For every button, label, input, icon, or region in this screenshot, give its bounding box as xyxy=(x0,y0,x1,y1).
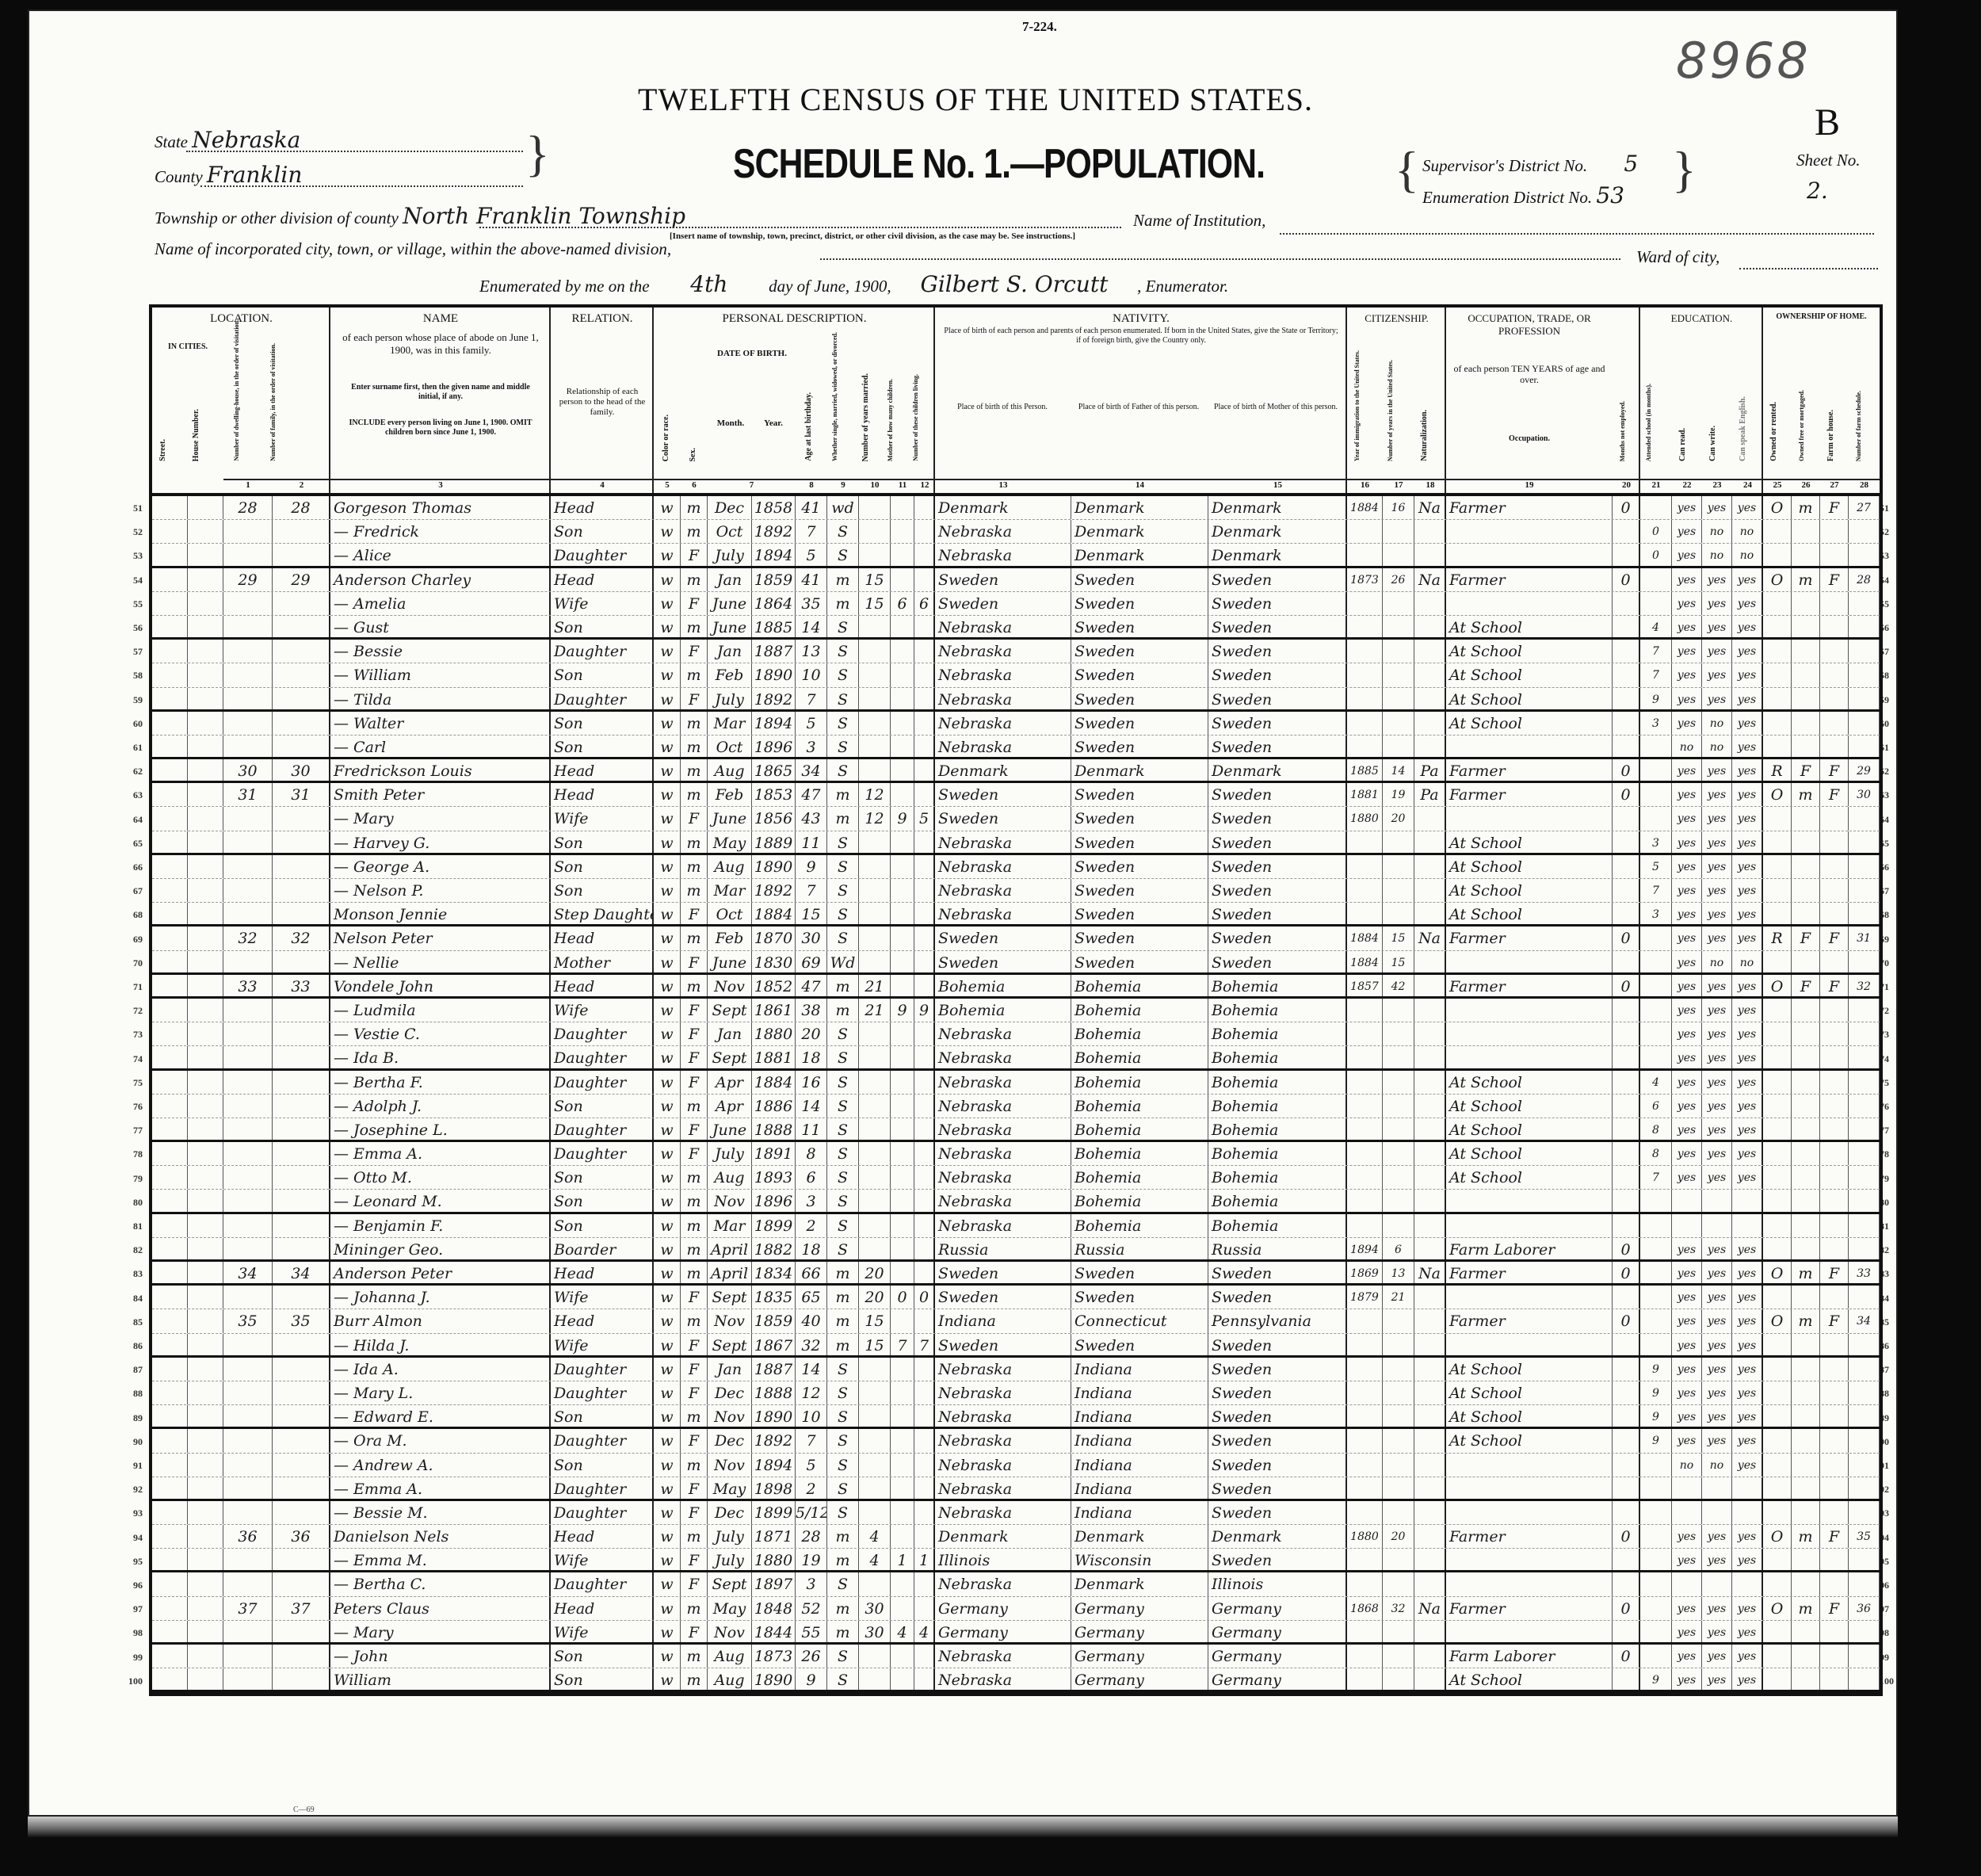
table-row: 3333Vondele JohnHeadwmNov185247m21Bohemi… xyxy=(152,975,1880,999)
cell-yrs-us xyxy=(1383,1071,1414,1094)
cell-year: 1861 xyxy=(752,999,796,1022)
cell-relation: Daughter xyxy=(551,1358,654,1381)
township-label: Township or other division of county Nor… xyxy=(155,203,685,229)
cell-school: 9 xyxy=(1640,1381,1672,1404)
cell-year: 1892 xyxy=(752,879,796,902)
cell-read: yes xyxy=(1672,1525,1702,1548)
cell-read: yes xyxy=(1672,663,1702,686)
cell-relation: Daughter xyxy=(551,1071,654,1094)
cell-age: 66 xyxy=(796,1262,827,1283)
table-row: 3232Nelson PeterHeadwmFeb187030SSwedenSw… xyxy=(152,927,1880,950)
cell-mother-of xyxy=(891,688,914,709)
cell-unemp xyxy=(1613,1142,1640,1165)
cell-house xyxy=(188,1668,223,1690)
cell-unemp xyxy=(1613,616,1640,637)
cell-own xyxy=(1763,544,1792,565)
cell-marital: m xyxy=(827,1621,859,1642)
cell-color: w xyxy=(654,568,681,591)
cell-unemp: 0 xyxy=(1613,1309,1640,1332)
cell-yrs-married: 20 xyxy=(859,1262,891,1283)
cell-free xyxy=(1792,1549,1820,1570)
cell-sex: m xyxy=(681,1166,708,1189)
cell-unemp xyxy=(1613,1071,1640,1094)
cell-year: 1881 xyxy=(752,1046,796,1068)
cell-age: 11 xyxy=(796,831,827,853)
cell-birth: Nebraska xyxy=(935,1046,1071,1068)
cell-nat xyxy=(1414,1549,1446,1570)
table-row: — Mary L.DaughterwFDec188812SNebraskaInd… xyxy=(152,1381,1880,1405)
cell-occupation: Farmer xyxy=(1446,1525,1613,1548)
cell-dwelling: 32 xyxy=(223,927,273,949)
column-number: 12 xyxy=(914,479,935,490)
cell-dwelling xyxy=(223,1095,273,1118)
cell-unemp xyxy=(1613,688,1640,709)
cell-nat xyxy=(1414,807,1446,830)
cell-free xyxy=(1792,1668,1820,1690)
cell-age: 11 xyxy=(796,1118,827,1140)
cell-mother: Illinois xyxy=(1208,1572,1347,1595)
cell-relation: Daughter xyxy=(551,1381,654,1404)
cell-dwelling xyxy=(223,1358,273,1381)
cell-own xyxy=(1763,1118,1792,1140)
cell-farm xyxy=(1820,1142,1849,1165)
cell-living xyxy=(914,855,935,878)
cell-nat xyxy=(1414,592,1446,615)
cell-dwelling xyxy=(223,712,273,735)
cell-write: yes xyxy=(1702,496,1732,519)
cell-family xyxy=(273,640,330,663)
cell-street xyxy=(152,1286,188,1309)
cell-name: — Walter xyxy=(330,712,551,735)
cell-year: 1897 xyxy=(752,1572,796,1595)
cell-mother-of xyxy=(891,568,914,591)
stamp-number: 8968 xyxy=(1676,32,1811,90)
cell-relation: Head xyxy=(551,783,654,806)
cell-living xyxy=(914,1022,935,1045)
cell-living xyxy=(914,831,935,853)
table-row: — Andrew A.SonwmNov18945SNebraskaIndiana… xyxy=(152,1454,1880,1477)
enumerated-day: 4th xyxy=(654,271,765,297)
cell-sex: m xyxy=(681,927,708,949)
cell-sched: 29 xyxy=(1849,759,1880,781)
cell-yrs-married: 20 xyxy=(859,1286,891,1309)
cell-occupation xyxy=(1446,735,1613,757)
cell-month: Dec xyxy=(708,1501,752,1524)
cell-own xyxy=(1763,1214,1792,1237)
cell-marital: S xyxy=(827,1046,859,1068)
cell-name: — Vestie C. xyxy=(330,1022,551,1045)
cell-living xyxy=(914,496,935,519)
cell-free xyxy=(1792,1405,1820,1427)
cell-english: yes xyxy=(1732,807,1763,830)
cell-family xyxy=(273,712,330,735)
cell-sched xyxy=(1849,663,1880,686)
cell-father: Denmark xyxy=(1071,520,1208,543)
cell-house xyxy=(188,927,223,949)
cell-unemp xyxy=(1613,1668,1640,1690)
cell-birth: Nebraska xyxy=(935,1022,1071,1045)
cell-nat: Na xyxy=(1414,1262,1446,1283)
cell-yrs-us xyxy=(1383,1358,1414,1381)
cell-nat xyxy=(1414,1572,1446,1595)
cell-color: w xyxy=(654,592,681,615)
line-number: 62 xyxy=(119,766,143,778)
cell-living xyxy=(914,1190,935,1211)
cell-farm xyxy=(1820,1358,1849,1381)
cell-house xyxy=(188,663,223,686)
cell-mother-of xyxy=(891,1405,914,1427)
cell-father: Bohemia xyxy=(1071,975,1208,996)
cell-free: F xyxy=(1792,975,1820,996)
cell-nat xyxy=(1414,544,1446,565)
cell-yrs-us: 14 xyxy=(1383,759,1414,781)
cell-occupation: At School xyxy=(1446,712,1613,735)
cell-write: yes xyxy=(1702,688,1732,709)
cell-living xyxy=(914,616,935,637)
cell-free: m xyxy=(1792,1597,1820,1620)
cell-age: 40 xyxy=(796,1309,827,1332)
cell-street xyxy=(152,1549,188,1570)
cell-street xyxy=(152,1238,188,1259)
table-row: — Otto M.SonwmAug18936SNebraskaBohemiaBo… xyxy=(152,1166,1880,1190)
cell-age: 8 xyxy=(796,1142,827,1165)
cell-mother: Sweden xyxy=(1208,831,1347,853)
cell-english: no xyxy=(1732,951,1763,972)
cell-immig xyxy=(1347,1046,1383,1068)
cell-year: 1890 xyxy=(752,855,796,878)
cell-immig xyxy=(1347,1071,1383,1094)
cell-yrs-us: 16 xyxy=(1383,496,1414,519)
cell-write: yes xyxy=(1702,1046,1732,1068)
cell-house xyxy=(188,759,223,781)
cell-school xyxy=(1640,1286,1672,1309)
cell-own: O xyxy=(1763,496,1792,519)
cell-free xyxy=(1792,640,1820,663)
cell-sched: 36 xyxy=(1849,1597,1880,1620)
cell-own xyxy=(1763,879,1792,902)
cell-school xyxy=(1640,1214,1672,1237)
cell-age: 30 xyxy=(796,927,827,949)
cell-mother-of xyxy=(891,1572,914,1595)
cell-month: Aug xyxy=(708,855,752,878)
cell-mother-of xyxy=(891,496,914,519)
cell-name: — John xyxy=(330,1645,551,1668)
cell-name: Peters Claus xyxy=(330,1597,551,1620)
cell-sex: F xyxy=(681,1572,708,1595)
cell-farm xyxy=(1820,1381,1849,1404)
cell-street xyxy=(152,927,188,949)
cell-birth: Nebraska xyxy=(935,616,1071,637)
cell-farm xyxy=(1820,1645,1849,1668)
cell-free xyxy=(1792,1095,1820,1118)
cell-unemp: 0 xyxy=(1613,1597,1640,1620)
cell-birth: Indiana xyxy=(935,1309,1071,1332)
cell-relation: Son xyxy=(551,879,654,902)
header-nativity: NATIVITY. Place of birth of each person … xyxy=(935,308,1347,493)
column-number: 21 xyxy=(1640,479,1672,490)
cell-immig: 1881 xyxy=(1347,783,1383,806)
cell-month: Jan xyxy=(708,568,752,591)
cell-dwelling xyxy=(223,1071,273,1094)
cell-own xyxy=(1763,1549,1792,1570)
cell-occupation: Farmer xyxy=(1446,1597,1613,1620)
cell-marital: m xyxy=(827,1597,859,1620)
column-number: 6 xyxy=(681,479,708,490)
cell-living: 5 xyxy=(914,807,935,830)
cell-yrs-married xyxy=(859,1214,891,1237)
cell-read: yes xyxy=(1672,1597,1702,1620)
cell-year: 1891 xyxy=(752,1142,796,1165)
cell-dwelling xyxy=(223,1214,273,1237)
cell-father: Indiana xyxy=(1071,1358,1208,1381)
cell-father: Germany xyxy=(1071,1645,1208,1668)
cell-nat xyxy=(1414,1621,1446,1642)
cell-living xyxy=(914,544,935,565)
cell-farm xyxy=(1820,903,1849,924)
cell-family xyxy=(273,592,330,615)
cell-color: w xyxy=(654,1286,681,1309)
cell-month: Mar xyxy=(708,1214,752,1237)
table-row: — Emma A.DaughterwFJuly18918SNebraskaBoh… xyxy=(152,1142,1880,1166)
table-row: 2828Gorgeson ThomasHeadwmDec185841wdDenm… xyxy=(152,496,1880,520)
cell-dwelling xyxy=(223,1022,273,1045)
table-row: WilliamSonwmAug18909SNebraskaGermanyGerm… xyxy=(152,1668,1880,1692)
cell-unemp xyxy=(1613,1022,1640,1045)
cell-free xyxy=(1792,1358,1820,1381)
cell-month: June xyxy=(708,807,752,830)
cell-occupation: Farmer xyxy=(1446,783,1613,806)
cell-mother-of xyxy=(891,1454,914,1477)
cell-nat: Pa xyxy=(1414,759,1446,781)
table-row: — Nelson P.SonwmMar18927SNebraskaSwedenS… xyxy=(152,879,1880,903)
cell-mother: Pennsylvania xyxy=(1208,1309,1347,1332)
cell-nat xyxy=(1414,975,1446,996)
cell-age: 38 xyxy=(796,999,827,1022)
cell-dwelling xyxy=(223,1166,273,1189)
cell-write: yes xyxy=(1702,1549,1732,1570)
cell-sched xyxy=(1849,1142,1880,1165)
cell-marital: m xyxy=(827,1262,859,1283)
cell-living xyxy=(914,1238,935,1259)
cell-color: w xyxy=(654,879,681,902)
cell-color: w xyxy=(654,1071,681,1094)
cell-relation: Son xyxy=(551,1645,654,1668)
line-number: 89 xyxy=(119,1412,143,1424)
cell-age: 5 xyxy=(796,712,827,735)
cell-father: Indiana xyxy=(1071,1429,1208,1452)
cell-family xyxy=(273,616,330,637)
cell-unemp xyxy=(1613,735,1640,757)
cell-month: Sept xyxy=(708,1286,752,1309)
cell-write: yes xyxy=(1702,1645,1732,1668)
line-number: 75 xyxy=(1880,1077,1903,1089)
cell-mother-of xyxy=(891,1645,914,1668)
cell-month: Oct xyxy=(708,903,752,924)
cell-farm xyxy=(1820,831,1849,853)
cell-month: Apr xyxy=(708,1095,752,1118)
cell-month: Aug xyxy=(708,1166,752,1189)
cell-mother-of: 4 xyxy=(891,1621,914,1642)
cell-own xyxy=(1763,831,1792,853)
cell-living xyxy=(914,879,935,902)
cell-house xyxy=(188,1645,223,1668)
cell-yrs-us: 26 xyxy=(1383,568,1414,591)
cell-own xyxy=(1763,1645,1792,1668)
cell-occupation xyxy=(1446,1549,1613,1570)
cell-write xyxy=(1702,1190,1732,1211)
cell-relation: Daughter xyxy=(551,640,654,663)
line-number: 85 xyxy=(1880,1316,1903,1328)
cell-free xyxy=(1792,1645,1820,1668)
cell-unemp xyxy=(1613,1118,1640,1140)
cell-age: 9 xyxy=(796,855,827,878)
cell-yrs-us xyxy=(1383,735,1414,757)
cell-farm xyxy=(1820,592,1849,615)
cell-birth: Nebraska xyxy=(935,879,1071,902)
header-location: LOCATION. IN CITIES. Street. House Numbe… xyxy=(152,308,330,493)
cell-yrs-us: 13 xyxy=(1383,1262,1414,1283)
table-body: 2828Gorgeson ThomasHeadwmDec185841wdDenm… xyxy=(152,496,1880,1692)
cell-birth: Nebraska xyxy=(935,1142,1071,1165)
line-number: 95 xyxy=(119,1556,143,1568)
cell-father: Denmark xyxy=(1071,1525,1208,1548)
cell-unemp: 0 xyxy=(1613,568,1640,591)
line-number: 74 xyxy=(1880,1053,1903,1065)
cell-sched: 33 xyxy=(1849,1262,1880,1283)
cell-street xyxy=(152,1454,188,1477)
header-citizenship: CITIZENSHIP. Year of immigration to the … xyxy=(1347,308,1446,493)
cell-english: yes xyxy=(1732,1309,1763,1332)
cell-write xyxy=(1702,1477,1732,1499)
cell-read: yes xyxy=(1672,807,1702,830)
cell-yrs-married xyxy=(859,544,891,565)
cell-birth: Nebraska xyxy=(935,1645,1071,1668)
cell-own xyxy=(1763,1501,1792,1524)
cell-year: 1894 xyxy=(752,544,796,565)
cell-school xyxy=(1640,592,1672,615)
cell-month: Jan xyxy=(708,640,752,663)
cell-dwelling: 31 xyxy=(223,783,273,806)
cell-farm xyxy=(1820,1071,1849,1094)
cell-month: Dec xyxy=(708,1381,752,1404)
cell-year: 1864 xyxy=(752,592,796,615)
cell-occupation xyxy=(1446,1022,1613,1045)
cell-yrs-us xyxy=(1383,640,1414,663)
cell-yrs-married: 21 xyxy=(859,999,891,1022)
column-number: 13 xyxy=(935,479,1071,490)
cell-living xyxy=(914,1597,935,1620)
cell-name: — Edward E. xyxy=(330,1405,551,1427)
cell-color: w xyxy=(654,855,681,878)
cell-father: Sweden xyxy=(1071,783,1208,806)
cell-name: — Hilda J. xyxy=(330,1334,551,1355)
cell-family xyxy=(273,1572,330,1595)
cell-english: yes xyxy=(1732,1645,1763,1668)
cell-school: 0 xyxy=(1640,520,1672,543)
cell-mother-of xyxy=(891,735,914,757)
cell-street xyxy=(152,1095,188,1118)
cell-unemp xyxy=(1613,1549,1640,1570)
table-row: — George A.SonwmAug18909SNebraskaSwedenS… xyxy=(152,855,1880,879)
cell-father: Bohemia xyxy=(1071,1190,1208,1211)
cell-own xyxy=(1763,735,1792,757)
cell-marital: S xyxy=(827,1454,859,1477)
cell-english: yes xyxy=(1732,1668,1763,1690)
cell-mother-of xyxy=(891,616,914,637)
table-row: — MaryWifewFJune185643m1295SwedenSwedenS… xyxy=(152,807,1880,831)
cell-mother: Sweden xyxy=(1208,1429,1347,1452)
cell-write: yes xyxy=(1702,807,1732,830)
cell-birth: Sweden xyxy=(935,807,1071,830)
cell-yrs-married xyxy=(859,640,891,663)
cell-dwelling xyxy=(223,1238,273,1259)
cell-yrs-married xyxy=(859,1645,891,1668)
cell-unemp xyxy=(1613,1214,1640,1237)
cell-color: w xyxy=(654,1454,681,1477)
cell-unemp xyxy=(1613,999,1640,1022)
cell-mother: Denmark xyxy=(1208,1525,1347,1548)
cell-english: yes xyxy=(1732,568,1763,591)
cell-read: yes xyxy=(1672,879,1702,902)
cell-yrs-married xyxy=(859,1022,891,1045)
cell-sex: F xyxy=(681,688,708,709)
cell-color: w xyxy=(654,712,681,735)
cell-sched xyxy=(1849,1190,1880,1211)
line-number: 71 xyxy=(119,981,143,993)
cell-living: 0 xyxy=(914,1286,935,1309)
cell-relation: Son xyxy=(551,735,654,757)
cell-own xyxy=(1763,903,1792,924)
cell-birth: Sweden xyxy=(935,927,1071,949)
cell-dwelling xyxy=(223,1429,273,1452)
line-number: 64 xyxy=(1880,814,1903,826)
cell-read: yes xyxy=(1672,951,1702,972)
cell-write: yes xyxy=(1702,640,1732,663)
cell-year: 1871 xyxy=(752,1525,796,1548)
cell-birth: Germany xyxy=(935,1621,1071,1642)
cell-sched xyxy=(1849,1214,1880,1237)
cell-school xyxy=(1640,568,1672,591)
cell-sex: m xyxy=(681,1309,708,1332)
cell-immig xyxy=(1347,855,1383,878)
cell-unemp xyxy=(1613,855,1640,878)
cell-yrs-married xyxy=(859,1190,891,1211)
cell-marital: S xyxy=(827,544,859,565)
cell-father: Wisconsin xyxy=(1071,1549,1208,1570)
column-number: 25 xyxy=(1763,479,1792,490)
cell-family xyxy=(273,1286,330,1309)
cell-age: 12 xyxy=(796,1381,827,1404)
line-number: 72 xyxy=(119,1005,143,1017)
cell-marital: S xyxy=(827,1238,859,1259)
cell-mother: Sweden xyxy=(1208,1501,1347,1524)
cell-write: yes xyxy=(1702,855,1732,878)
cell-street xyxy=(152,1572,188,1595)
cell-english: yes xyxy=(1732,1621,1763,1642)
line-number: 83 xyxy=(1880,1268,1903,1280)
cell-occupation: At School xyxy=(1446,879,1613,902)
cell-relation: Head xyxy=(551,568,654,591)
cell-sched xyxy=(1849,1454,1880,1477)
cell-street xyxy=(152,807,188,830)
cell-mother-of xyxy=(891,520,914,543)
cell-relation: Daughter xyxy=(551,1142,654,1165)
line-number: 86 xyxy=(119,1340,143,1352)
cell-write: no xyxy=(1702,544,1732,565)
cell-marital: S xyxy=(827,1429,859,1452)
cell-occupation xyxy=(1446,807,1613,830)
cell-color: w xyxy=(654,640,681,663)
